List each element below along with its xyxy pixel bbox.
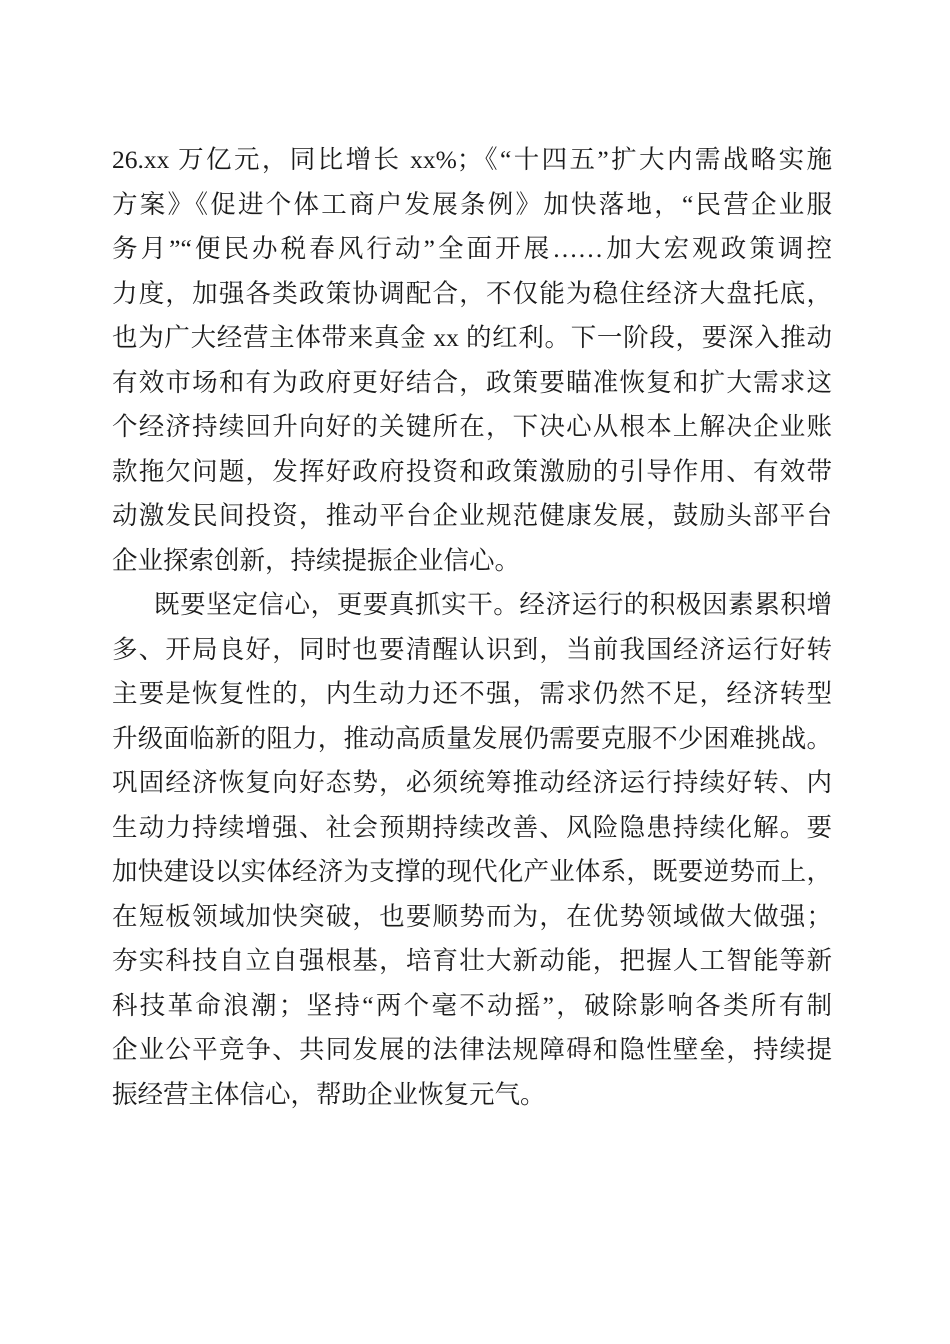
text-line: 有效市场和有为政府更好结合，政策要瞄准恢复和扩大需求这	[112, 361, 832, 406]
text-line: 务月”“便民办税春风行动”全面开展……加大宏观政策调控	[112, 227, 832, 272]
text-line: 26.xx 万亿元，同比增长 xx%；《“十四五”扩大内需战略实施	[112, 138, 832, 183]
text-line: 巩固经济恢复向好态势，必须统筹推动经济运行持续好转、内	[112, 761, 832, 806]
text-line: 力度，加强各类政策协调配合，不仅能为稳住经济大盘托底，	[112, 272, 832, 317]
text-line: 款拖欠问题，发挥好政府投资和政策激励的引导作用、有效带	[112, 450, 832, 495]
text-line: 多、开局良好，同时也要清醒认识到，当前我国经济运行好转	[112, 628, 832, 673]
text-line: 升级面临新的阻力，推动高质量发展仍需要克服不少困难挑战。	[112, 717, 832, 762]
text-line: 夯实科技自立自强根基，培育壮大新动能，把握人工智能等新	[112, 939, 832, 984]
document-page: 26.xx 万亿元，同比增长 xx%；《“十四五”扩大内需战略实施 方案》《促进…	[0, 0, 950, 1344]
text-line: 既要坚定信心，更要真抓实干。经济运行的积极因素累积增	[112, 583, 832, 628]
text-line: 主要是恢复性的，内生动力还不强，需求仍然不足，经济转型	[112, 672, 832, 717]
paragraph-2: 既要坚定信心，更要真抓实干。经济运行的积极因素累积增 多、开局良好，同时也要清醒…	[112, 583, 832, 1117]
text-line: 方案》《促进个体工商户发展条例》加快落地，“民营企业服	[112, 183, 832, 228]
text-line: 企业公平竞争、共同发展的法律法规障碍和隐性壁垒，持续提	[112, 1028, 832, 1073]
text-line: 振经营主体信心，帮助企业恢复元气。	[112, 1073, 832, 1118]
text-line: 动激发民间投资，推动平台企业规范健康发展，鼓励头部平台	[112, 494, 832, 539]
text-line: 加快建设以实体经济为支撑的现代化产业体系，既要逆势而上，	[112, 850, 832, 895]
paragraph-1: 26.xx 万亿元，同比增长 xx%；《“十四五”扩大内需战略实施 方案》《促进…	[112, 138, 832, 583]
text-line: 科技革命浪潮；坚持“两个毫不动摇”，破除影响各类所有制	[112, 984, 832, 1029]
text-line: 生动力持续增强、社会预期持续改善、风险隐患持续化解。要	[112, 806, 832, 851]
text-line: 企业探索创新，持续提振企业信心。	[112, 539, 832, 584]
text-line: 也为广大经营主体带来真金 xx 的红利。下一阶段，要深入推动	[112, 316, 832, 361]
text-line: 在短板领域加快突破，也要顺势而为，在优势领域做大做强；	[112, 895, 832, 940]
text-line: 个经济持续回升向好的关键所在，下决心从根本上解决企业账	[112, 405, 832, 450]
